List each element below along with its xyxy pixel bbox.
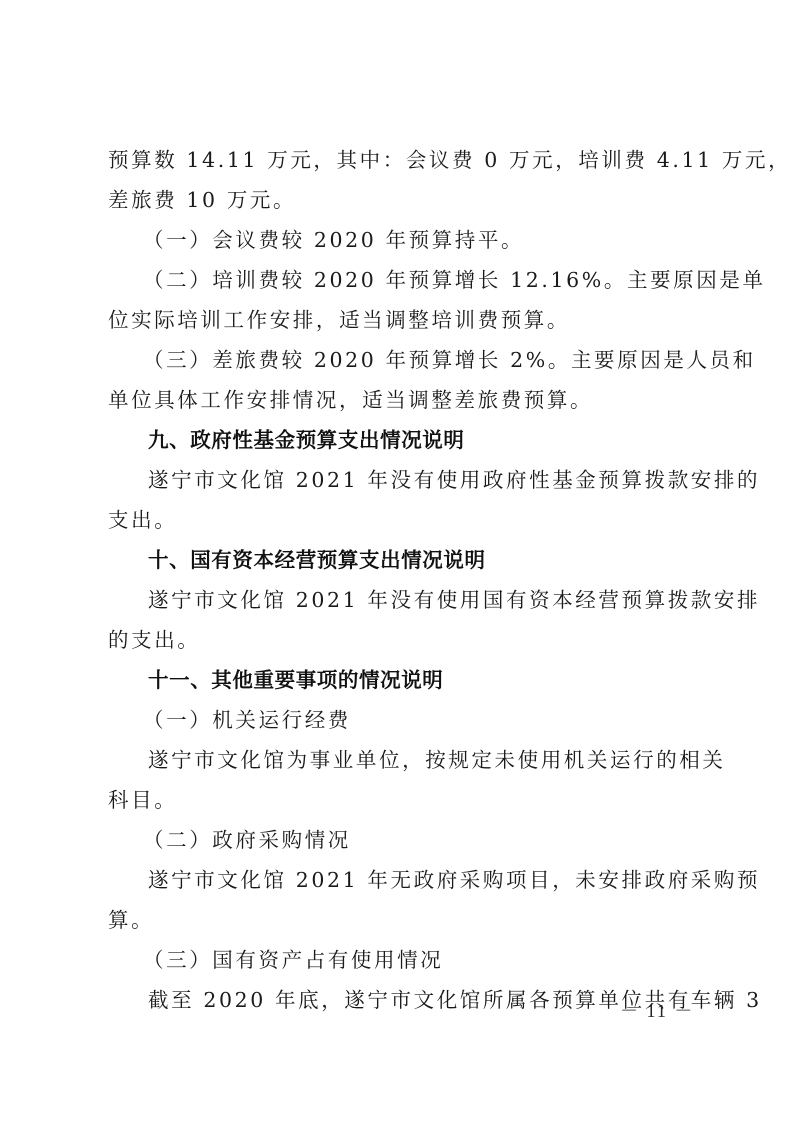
paragraph-line: 的支出。 (108, 630, 200, 651)
paragraph-line: 遂宁市文化馆为事业单位，按规定未使用机关运行的相关 (148, 750, 726, 771)
paragraph-line: 遂宁市文化馆 2021 年没有使用政府性基金预算拨款安排的 (148, 470, 760, 491)
subsection-operating-costs: （一）机关运行经费 (143, 710, 351, 731)
paragraph-line: 科目。 (108, 790, 177, 811)
paragraph-line: 单位具体工作安排情况，适当调整差旅费预算。 (108, 390, 593, 411)
paragraph-line: 差旅费 10 万元。 (108, 190, 296, 211)
paragraph-line: 支出。 (108, 510, 177, 531)
subsection-procurement: （二）政府采购情况 (143, 830, 351, 851)
paragraph-line: 预算数 14.11 万元，其中：会议费 0 万元，培训费 4.11 万元， (108, 150, 791, 171)
paragraph-line: 位实际培训工作安排，适当调整培训费预算。 (108, 310, 570, 331)
paragraph-line: 算。 (108, 910, 154, 931)
page-number: － 11 － (620, 997, 694, 1023)
subsection-training-fees: （二）培训费较 2020 年预算增长 12.16%。主要原因是单 (143, 270, 766, 291)
subsection-travel-fees: （三）差旅费较 2020 年预算增长 2%。主要原因是人员和 (143, 350, 756, 371)
document-page: 预算数 14.11 万元，其中：会议费 0 万元，培训费 4.11 万元， 差旅… (0, 0, 793, 1122)
subsection-meeting-fees: （一）会议费较 2020 年预算持平。 (143, 230, 524, 251)
section-heading-10: 十、国有资本经营预算支出情况说明 (148, 550, 486, 571)
section-heading-9: 九、政府性基金预算支出情况说明 (148, 430, 465, 451)
subsection-state-assets: （三）国有资产占有使用情况 (143, 950, 443, 971)
paragraph-line: 遂宁市文化馆 2021 年没有使用国有资本经营预算拨款安排 (148, 590, 760, 611)
paragraph-line: 遂宁市文化馆 2021 年无政府采购项目，未安排政府采购预 (148, 870, 760, 891)
section-heading-11: 十一、其他重要事项的情况说明 (148, 670, 443, 691)
